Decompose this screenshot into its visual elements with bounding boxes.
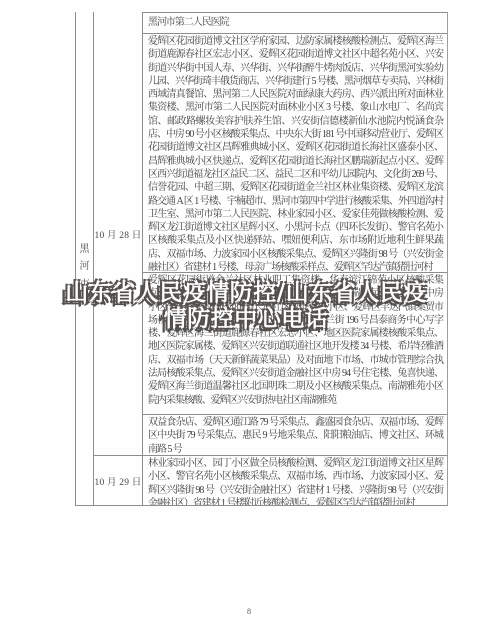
epidemic-locations-table: 黑河市 10 月 28 日 10 月 29 日 黑河市第二人民医院 爱辉区花园街… bbox=[75, 12, 448, 506]
locations-column: 黑河市第二人民医院 爱辉区花园街道博文社区学府家园、边防家属楼核酸检测点、爱辉区… bbox=[143, 12, 448, 506]
date-cell-oct-29: 10 月 29 日 bbox=[94, 455, 142, 505]
page-number: 8 bbox=[0, 607, 498, 616]
overlay-title-line-1: 山东省人民疫情防控/山东省人民疫 bbox=[0, 281, 492, 307]
table-row: 林业家园小区、园丁小区做全员核酸检测、爱辉区龙江街道博文社区星辉小区、警官名苑小… bbox=[143, 455, 447, 505]
table-row: 双益食杂店、爱辉区通江路 79 号采集点、鑫盛园食杂店、双福市场、爱辉区中央街 … bbox=[143, 414, 447, 455]
region-column: 黑河市 bbox=[75, 12, 94, 506]
overlay-watermark-title: 山东省人民疫情防控/山东省人民疫 情防控中心电话 bbox=[0, 281, 492, 332]
date-label: 10 月 29 日 bbox=[95, 474, 142, 488]
date-cell-oct-28: 10 月 28 日 bbox=[94, 12, 142, 455]
date-label: 10 月 28 日 bbox=[95, 227, 142, 241]
scanned-document-page: 黑河市 10 月 28 日 10 月 29 日 黑河市第二人民医院 爱辉区花园街… bbox=[0, 0, 500, 623]
date-column: 10 月 28 日 10 月 29 日 bbox=[94, 12, 143, 506]
table-row: 爱辉区花园街道博文社区学府家园、边防家属楼核酸检测点、爱辉区海兰街道鹿源春社区宏… bbox=[143, 33, 447, 272]
table-row: 黑河市第二人民医院 bbox=[143, 12, 447, 33]
overlay-title-line-2: 情防控中心电话 bbox=[0, 307, 492, 333]
